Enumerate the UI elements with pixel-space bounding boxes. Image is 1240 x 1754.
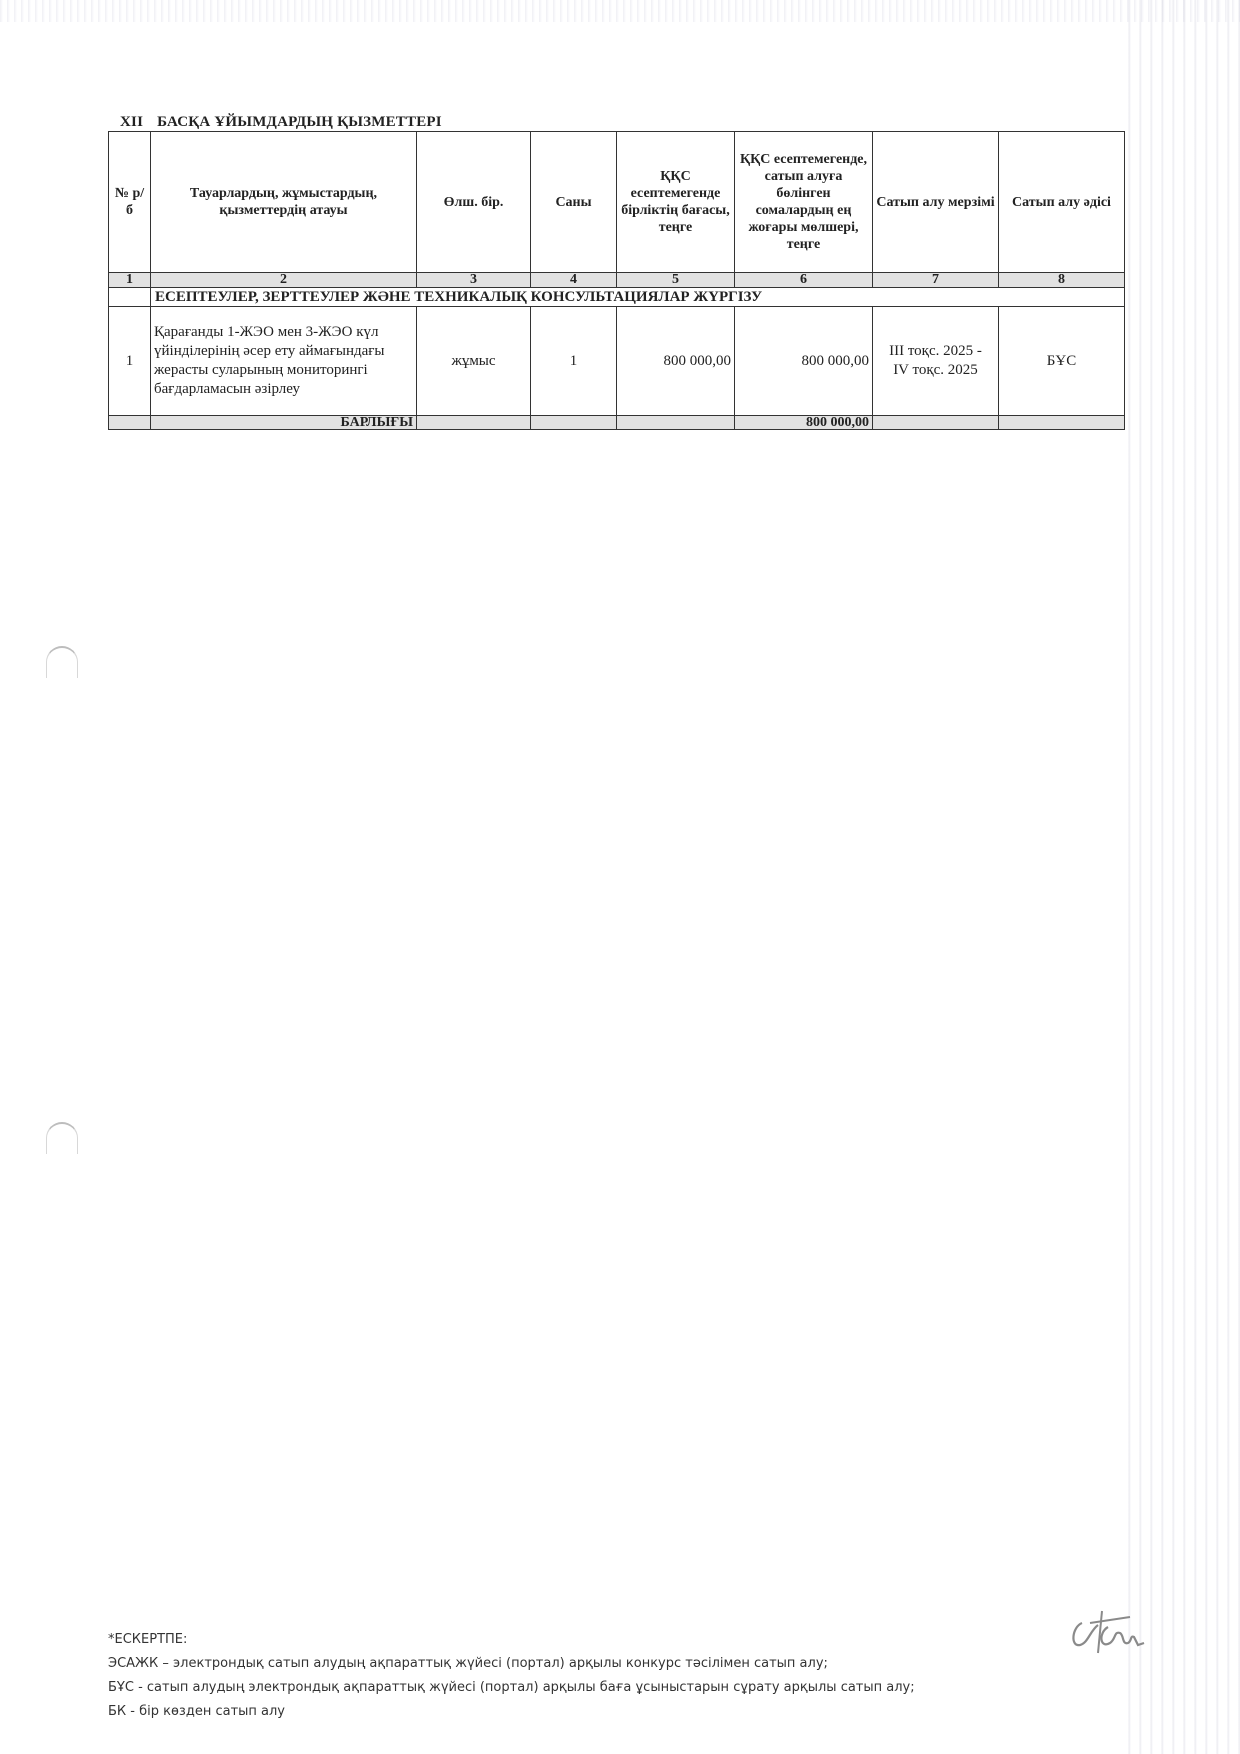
footnote-line: БҰС - сатып алудың электрондық ақпаратты…: [108, 1676, 915, 1700]
header-period: Сатып алу мерзімі: [873, 132, 999, 273]
row-quantity: 1: [531, 307, 617, 416]
column-number: 8: [999, 273, 1125, 288]
row-unit: жұмыс: [417, 307, 531, 416]
scan-artifact-top: [0, 0, 1240, 22]
footnote-line: БК - бір көзден сатып алу: [108, 1700, 915, 1724]
header-name: Тауарлардың, жұмыстардың, қызметтердің а…: [151, 132, 417, 273]
footnote-line: ЭСАЖК – электрондық сатып алудың ақпарат…: [108, 1652, 915, 1676]
total-row: БАРЛЫҒЫ 800 000,00: [109, 416, 1125, 430]
footnote-title: *ЕСКЕРТПЕ:: [108, 1628, 915, 1652]
column-number: 7: [873, 273, 999, 288]
column-number: 1: [109, 273, 151, 288]
row-method: БҰС: [999, 307, 1125, 416]
total-empty-cell: [531, 416, 617, 430]
column-number: 3: [417, 273, 531, 288]
total-empty-cell: [873, 416, 999, 430]
total-empty-cell: [109, 416, 151, 430]
section-title: XII БАСҚА ҰЙЫМДАРДЫҢ ҚЫЗМЕТТЕРІ: [120, 114, 442, 131]
header-max-amount: ҚҚС есептемегенде, сатып алуға бөлінген …: [735, 132, 873, 273]
row-max-amount: 800 000,00: [735, 307, 873, 416]
footnote: *ЕСКЕРТПЕ: ЭСАЖК – электрондық сатып алу…: [108, 1628, 915, 1724]
punch-hole-mark: [46, 646, 78, 678]
column-number: 2: [151, 273, 417, 288]
section-name: БАСҚА ҰЙЫМДАРДЫҢ ҚЫЗМЕТТЕРІ: [157, 114, 442, 130]
total-amount: 800 000,00: [735, 416, 873, 430]
header-unit: Өлш. бір.: [417, 132, 531, 273]
row-item-name: Қарағанды 1-ЖЭО мен 3-ЖЭО күл үйінділері…: [151, 307, 417, 416]
table-row: 1 Қарағанды 1-ЖЭО мен 3-ЖЭО күл үйінділе…: [109, 307, 1125, 416]
column-number-row: 1 2 3 4 5 6 7 8: [109, 273, 1125, 288]
punch-hole-mark: [46, 1122, 78, 1154]
row-number: 1: [109, 307, 151, 416]
header-unit-price: ҚҚС есептемегенде бірліктің бағасы, теңг…: [617, 132, 735, 273]
category-empty-cell: [109, 288, 151, 307]
header-no: № р/б: [109, 132, 151, 273]
section-number: XII: [120, 114, 143, 130]
row-period: III тоқс. 2025 - IV тоқс. 2025: [873, 307, 999, 416]
total-empty-cell: [999, 416, 1125, 430]
total-empty-cell: [617, 416, 735, 430]
row-unit-price: 800 000,00: [617, 307, 735, 416]
header-method: Сатып алу әдісі: [999, 132, 1125, 273]
category-label: ЕСЕПТЕУЛЕР, ЗЕРТТЕУЛЕР ЖӘНЕ ТЕХНИКАЛЫҚ К…: [151, 288, 1125, 307]
column-number: 4: [531, 273, 617, 288]
header-quantity: Саны: [531, 132, 617, 273]
column-number: 5: [617, 273, 735, 288]
total-empty-cell: [417, 416, 531, 430]
category-row: ЕСЕПТЕУЛЕР, ЗЕРТТЕУЛЕР ЖӘНЕ ТЕХНИКАЛЫҚ К…: [109, 288, 1125, 307]
total-label: БАРЛЫҒЫ: [151, 416, 417, 430]
procurement-table: № р/б Тауарлардың, жұмыстардың, қызметте…: [108, 131, 1125, 430]
header-row: № р/б Тауарлардың, жұмыстардың, қызметте…: [109, 132, 1125, 273]
signature-icon: [1068, 1603, 1158, 1663]
column-number: 6: [735, 273, 873, 288]
scan-artifact-edge: [1120, 0, 1240, 1754]
